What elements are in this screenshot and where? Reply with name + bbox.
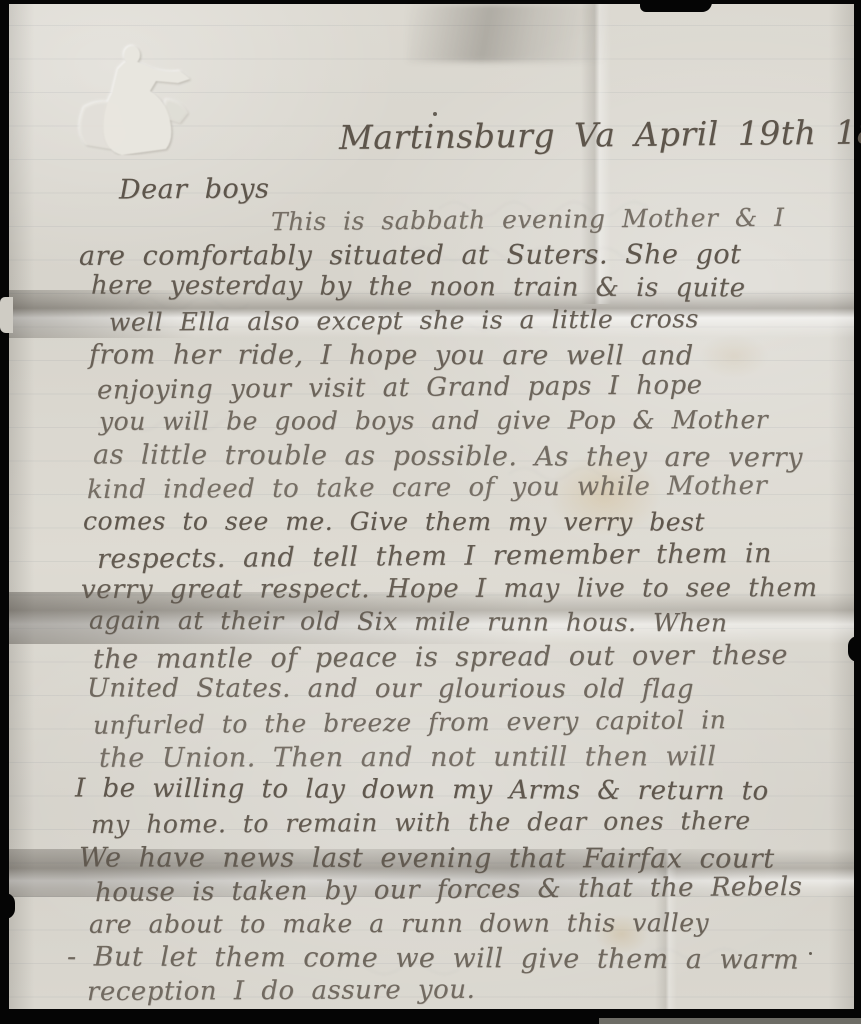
letter-line: my home. to remain with the dear ones th… [91,807,751,840]
letter-line: reception I do assure you. [87,975,475,1007]
paper-stain [699,334,769,379]
embossed-lady-figure-seal [54,37,229,155]
letter-line: well Ella also except she is a little cr… [109,305,699,337]
letter-line: unfurled to the breeze from every capito… [93,706,727,740]
letter-line: This is sabbath evening Mother & I [271,204,785,237]
letter-line: the Union. Then and not untill then will [99,741,717,774]
letter-line: We have news last evening that Fairfax c… [79,842,775,874]
letter-line: the mantle of peace is spread out over t… [93,639,788,674]
letter-line: you will be good boys and give Pop & Mot… [99,406,768,437]
letter-line: are comfortably situated at Suters. She … [79,239,742,272]
letter-line: - But let them come we will give them a … [67,941,799,975]
letter-line: respects. and tell them I remember them … [97,538,772,575]
letter-line: are about to make a runn down this valle… [89,909,709,939]
letter-line: again at their old Six mile runn hous. W… [89,607,728,639]
letter-line: I be willing to lay down my Arms & retur… [75,774,769,807]
letter-line: here yesterday by the noon train & is qu… [91,272,746,305]
frame-notch-left [0,893,15,919]
letter-salutation: Dear boys [119,173,270,205]
letter-line: house is taken by our forces & that the … [95,873,803,909]
underlying-page-edge [599,1018,861,1024]
letter-line: as little trouble as possible. As they a… [93,439,803,473]
letter-line: from her ride, I hope you are well and [89,339,694,371]
letter-line: enjoying your visit at Grand paps I hope [97,371,703,406]
scan-frame: Martinsburg Va April 19th 1863 Dear boys… [0,0,861,1024]
letter-line: verry great respect. Hope I may live to … [81,574,818,606]
letter-page: Martinsburg Va April 19th 1863 Dear boys… [9,4,854,1009]
letter-line: comes to see me. Give them my verry best [83,507,705,537]
frame-notch-right [848,636,861,662]
frame-notch-top [640,0,712,12]
paper-edge-bulge [0,297,13,333]
ink-speck [433,112,437,116]
letter-dateline: Martinsburg Va April 19th 1863 [339,113,861,157]
letter-line: kind indeed to take care of you while Mo… [87,472,768,506]
ink-speck [809,952,812,955]
letter-line: United States. and our glourious old fla… [87,674,694,705]
top-edge-smudge [407,4,607,62]
